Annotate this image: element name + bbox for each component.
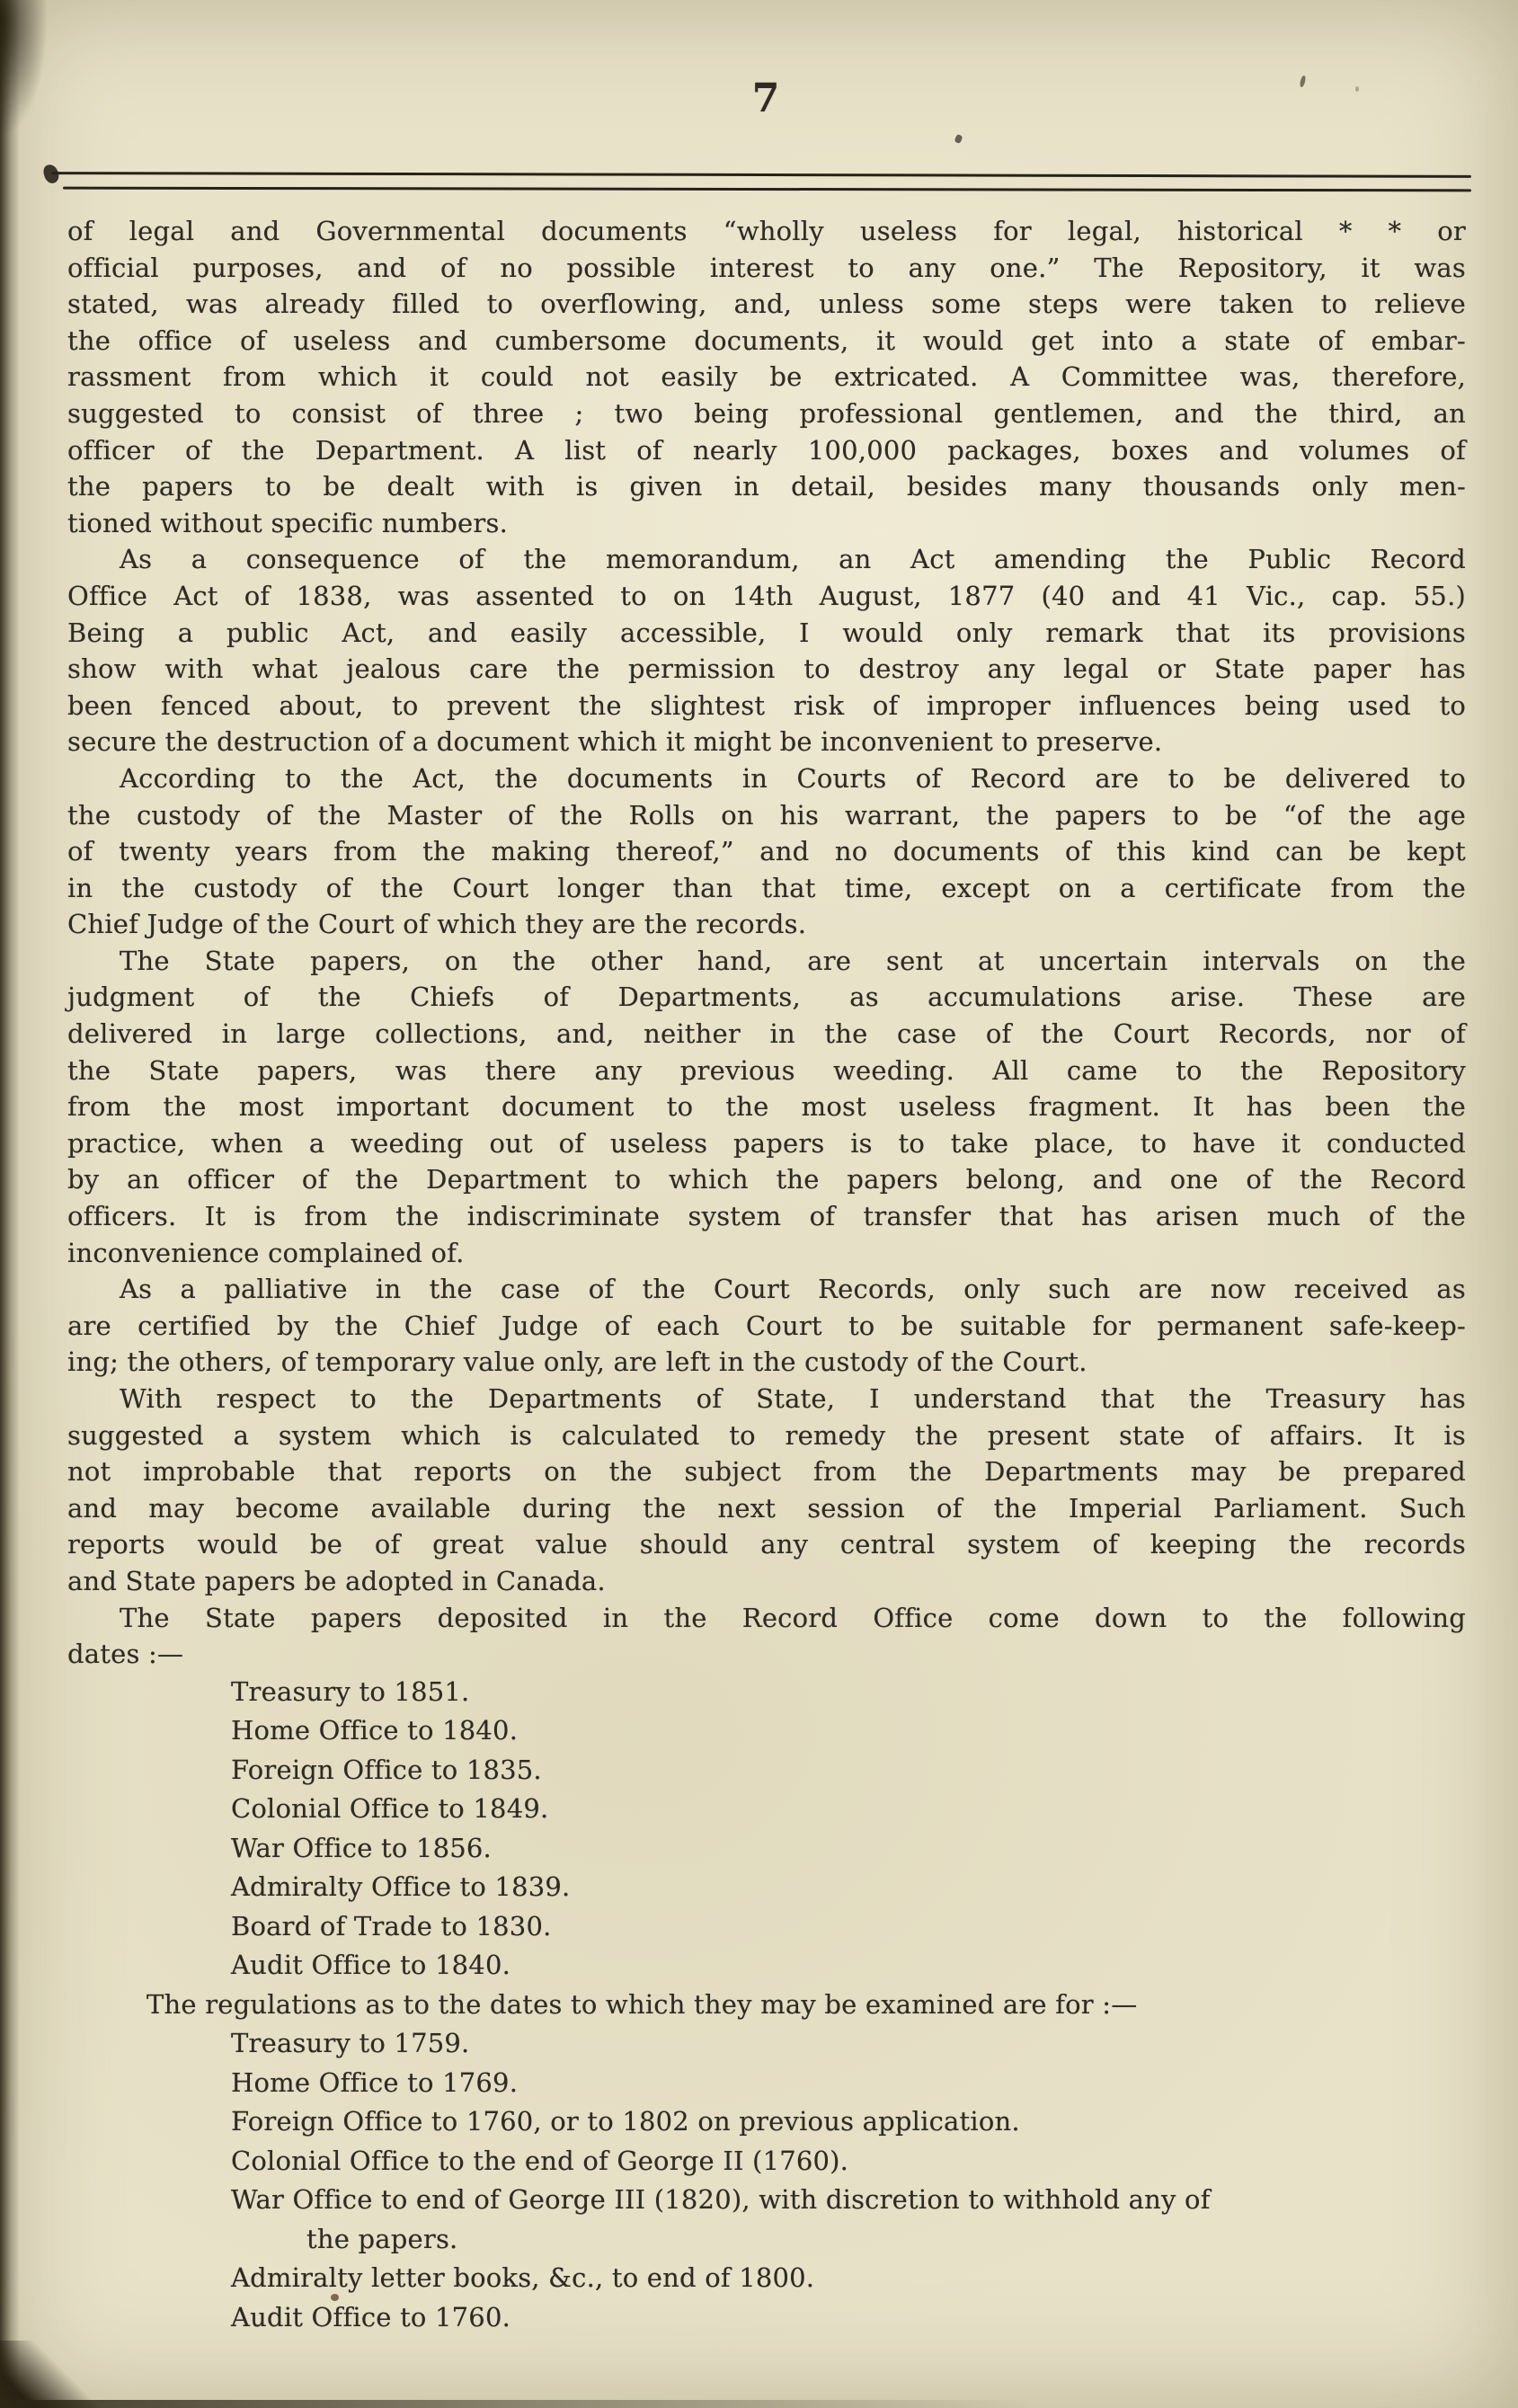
text-line: The regulations as to the dates to which… (67, 1986, 1466, 2025)
paragraph-act-amendment: As a consequence of the memorandum, an A… (67, 541, 1466, 760)
text-line: Foreign Office to 1760, or to 1802 on pr… (67, 2102, 1466, 2142)
text-line: the custody of the Master of the Rolls o… (67, 797, 1466, 834)
text-line: Audit Office to 1760. (67, 2298, 1466, 2338)
scan-corner-bottom-left (0, 2341, 108, 2408)
text-line: As a palliative in the case of the Court… (67, 1271, 1466, 1308)
text-line: are certified by the Chief Judge of each… (67, 1308, 1466, 1345)
paragraph-legal-documents: of legal and Governmental documents “who… (67, 213, 1466, 541)
text-line: Home Office to 1840. (67, 1711, 1466, 1751)
text-line: Colonial Office to 1849. (67, 1790, 1466, 1829)
ink-speck (1355, 86, 1359, 92)
text-line: the office of useless and cumbersome doc… (67, 323, 1466, 360)
text-line: of legal and Governmental documents “who… (67, 213, 1466, 250)
paragraph-court-records-palliative: As a palliative in the case of the Court… (67, 1271, 1466, 1381)
text-line: been fenced about, to prevent the slight… (67, 688, 1466, 724)
examination-regulations-intro: The regulations as to the dates to which… (67, 1986, 1466, 2025)
text-line: practice, when a weeding out of useless … (67, 1125, 1466, 1162)
text-line: judgment of the Chiefs of Departments, a… (67, 979, 1466, 1016)
paragraph-departments-of-state: With respect to the Departments of State… (67, 1381, 1466, 1600)
text-line: dates :— (67, 1636, 1466, 1673)
text-line: and State papers be adopted in Canada. (67, 1563, 1466, 1600)
text-line: reports would be of great value should a… (67, 1526, 1466, 1563)
text-line: the papers to be dealt with is given in … (67, 468, 1466, 505)
text-line: the State papers, was there any previous… (67, 1053, 1466, 1089)
scan-corner-top-left (0, 0, 47, 135)
text-line: of twenty years from the making thereof,… (67, 833, 1466, 870)
text-line: Admiralty Office to 1839. (67, 1868, 1466, 1907)
text-line: delivered in large collections, and, nei… (67, 1016, 1466, 1053)
text-line: The State papers, on the other hand, are… (67, 943, 1466, 980)
examination-dates-continuation: the papers. (67, 2220, 1466, 2260)
ink-speck (331, 2294, 339, 2301)
scan-edge-left (0, 0, 20, 2408)
text-line: Treasury to 1759. (67, 2024, 1466, 2064)
text-line: As a consequence of the memorandum, an A… (67, 541, 1466, 578)
text-line: officer of the Department. A list of nea… (67, 432, 1466, 469)
text-line: The State papers deposited in the Record… (67, 1600, 1466, 1637)
text-line: inconvenience complained of. (67, 1235, 1466, 1272)
text-line: Colonial Office to the end of George II … (67, 2142, 1466, 2181)
text-line: Audit Office to 1840. (67, 1946, 1466, 1986)
text-line: Board of Trade to 1830. (67, 1907, 1466, 1947)
text-line: from the most important document to the … (67, 1088, 1466, 1125)
paragraph-deposited-dates-intro: The State papers deposited in the Record… (67, 1600, 1466, 1673)
text-body: of legal and Governmental documents “who… (67, 213, 1466, 2337)
text-line: in the custody of the Court longer than … (67, 870, 1466, 907)
text-line: Admiralty letter books, &c., to end of 1… (67, 2259, 1466, 2298)
text-line: by an officer of the Department to which… (67, 1161, 1466, 1198)
page-number: 7 (67, 76, 1465, 121)
text-line: suggested to consist of three ; two bein… (67, 395, 1466, 432)
text-line: officers. It is from the indiscriminate … (67, 1198, 1466, 1235)
text-line: Foreign Office to 1835. (67, 1751, 1466, 1790)
text-line: Office Act of 1838, was assented to on 1… (67, 578, 1466, 615)
ink-blot (42, 163, 61, 184)
text-line: and may become available during the next… (67, 1490, 1466, 1527)
text-line: official purposes, and of no possible in… (67, 250, 1466, 287)
text-line: With respect to the Departments of State… (67, 1381, 1466, 1417)
text-line: secure the destruction of a document whi… (67, 724, 1466, 760)
examination-dates-list-tail: Admiralty letter books, &c., to end of 1… (67, 2259, 1466, 2337)
header-rule-bottom (63, 187, 1471, 192)
text-line: Home Office to 1769. (67, 2064, 1466, 2103)
paragraph-courts-of-record: According to the Act, the documents in C… (67, 760, 1466, 943)
text-line: show with what jealous care the permissi… (67, 651, 1466, 688)
scanned-document-page: 7 of legal and Governmental documents “w… (0, 0, 1518, 2408)
text-line: Chief Judge of the Court of which they a… (67, 906, 1466, 943)
text-line: According to the Act, the documents in C… (67, 760, 1466, 797)
text-line: not improbable that reports on the subje… (67, 1453, 1466, 1490)
header-rule-top (51, 172, 1471, 178)
paragraph-state-papers-transfer: The State papers, on the other hand, are… (67, 943, 1466, 1271)
text-line: rassment from which it could not easily … (67, 359, 1466, 395)
deposited-dates-list: Treasury to 1851.Home Office to 1840.For… (67, 1673, 1466, 1986)
text-line: tioned without specific numbers. (67, 505, 1466, 542)
text-line: Treasury to 1851. (67, 1673, 1466, 1712)
examination-dates-list: Treasury to 1759.Home Office to 1769.For… (67, 2024, 1466, 2220)
text-line: War Office to 1856. (67, 1829, 1466, 1869)
text-line: Being a public Act, and easily accessibl… (67, 615, 1466, 652)
text-line: stated, was already filled to overflowin… (67, 286, 1466, 323)
text-line: suggested a system which is calculated t… (67, 1417, 1466, 1454)
scan-edge-bottom (0, 2400, 1034, 2408)
text-line: War Office to end of George III (1820), … (67, 2181, 1466, 2220)
text-line: ing; the others, of temporary value only… (67, 1344, 1466, 1381)
text-line: the papers. (67, 2220, 1466, 2260)
ink-speck (954, 134, 963, 144)
